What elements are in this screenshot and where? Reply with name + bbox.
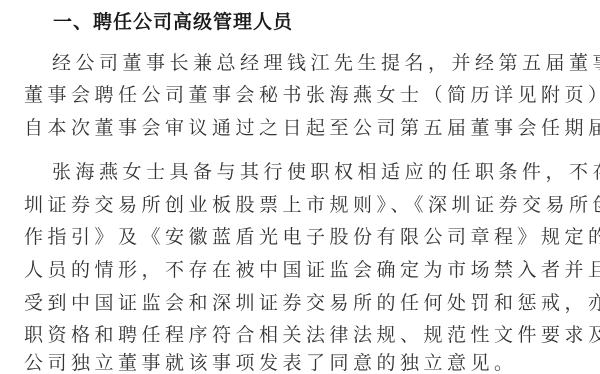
paragraph-line: 受到中国证监会和深圳证券交易所的任何处罚和惩戒，亦不是失信被执行人，任 [24,291,588,315]
paragraph-line: 张海燕女士具备与其行使职权相适应的任职条件，不存在《公司法》、《深 [52,160,588,184]
paragraph-line: 董事会聘任公司董事会秘书张海燕女士（简历详见附页）为公司副总经理，任期 [24,83,588,107]
paragraph-line: 作指引》及《安徽蓝盾光电子股份有限公司章程》规定的不得担任公司高级管理 [24,225,588,249]
paragraph-line: 圳证券交易所创业板股票上市规则》、《深圳证券交易所创业板上市公司规范运 [24,193,588,217]
section-heading: 一、聘任公司高级管理人员 [53,7,293,34]
paragraph-line: 经公司董事长兼总经理钱江先生提名，并经第五届董事会提名委员会审核， [52,51,588,75]
paragraph-line: 人员的情形，不存在被中国证监会确定为市场禁入者并且尚未解除的情况，未曾 [24,258,588,282]
paragraph-line: 公司独立董事就该事项发表了同意的独立意见。 [24,351,588,374]
paragraph-line: 职资格和聘任程序符合相关法律法规、规范性文件要求及《公司章程》的规定。 [24,323,588,347]
paragraph-line: 自本次董事会审议通过之日起至公司第五届董事会任期届满止。 [24,116,588,140]
